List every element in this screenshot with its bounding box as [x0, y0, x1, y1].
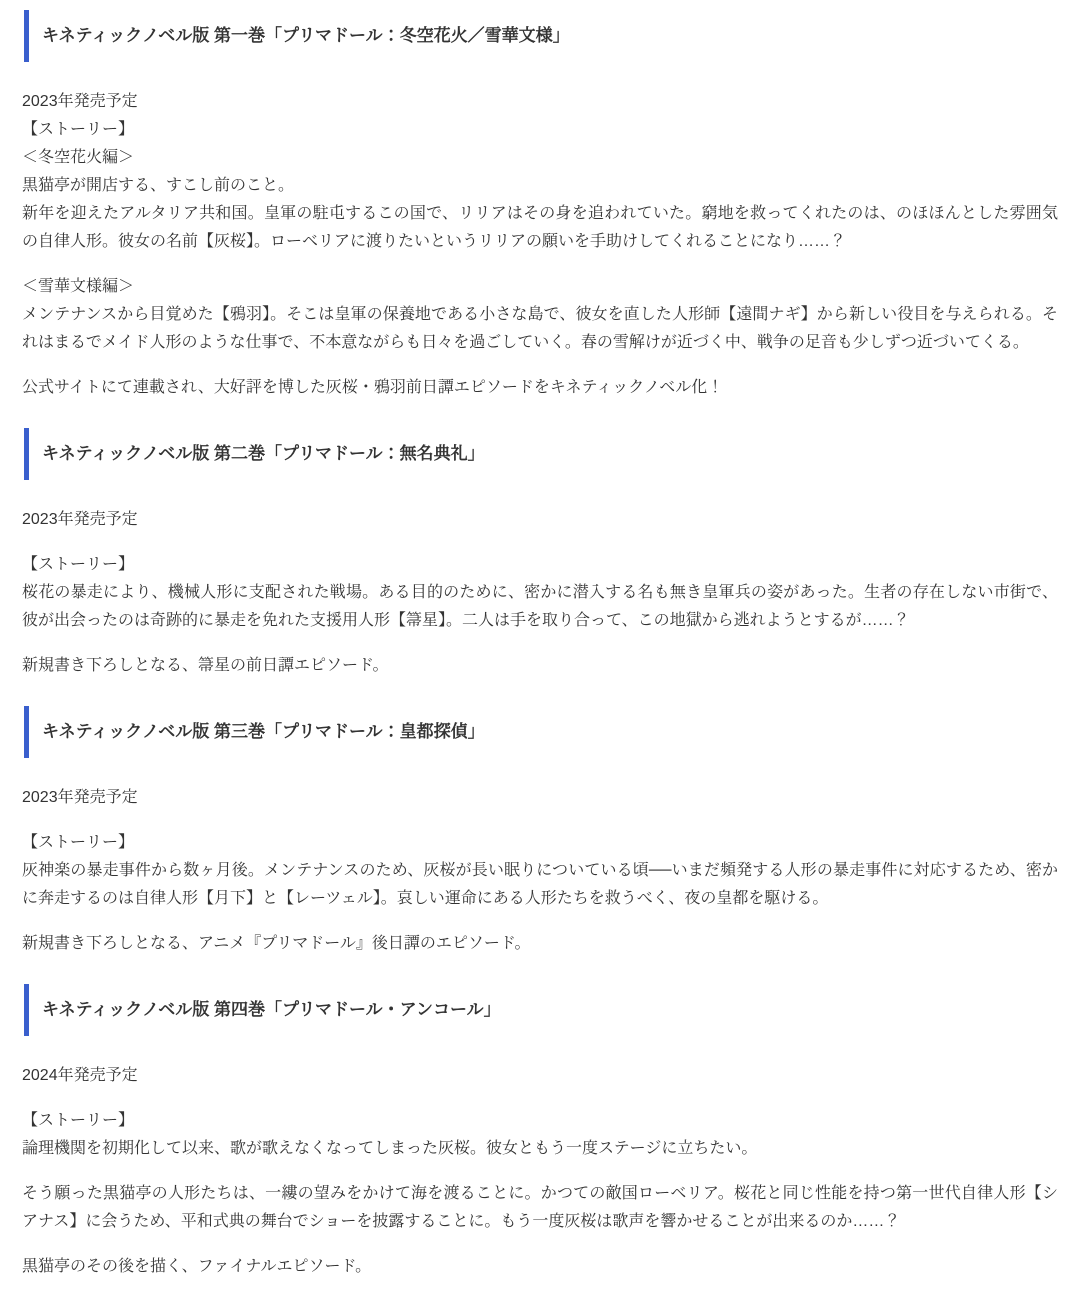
paragraph: 【ストーリー】灰神楽の暴走事件から数ヶ月後。メンテナンスのため、灰桜が長い眠りに… [22, 829, 1058, 913]
paragraph: 【ストーリー】桜花の暴走により、機械人形に支配された戦場。ある目的のために、密か… [22, 551, 1058, 635]
paragraph-line: 公式サイトにて連載され、大好評を博した灰桜・鴉羽前日譚エピソードをキネティックノ… [22, 374, 1058, 402]
paragraph: 2023年発売予定 [22, 784, 1058, 812]
paragraph: 2023年発売予定【ストーリー】＜冬空花火編＞黒猫亭が開店する、すこし前のこと。… [22, 88, 1058, 256]
paragraph: 2023年発売予定 [22, 506, 1058, 534]
paragraph-line: 【ストーリー】 [22, 551, 1058, 579]
paragraph: そう願った黒猫亭の人形たちは、一縷の望みをかけて海を渡ることに。かつての敵国ロー… [22, 1180, 1058, 1236]
paragraph-line: 2024年発売予定 [22, 1062, 1058, 1090]
section-body: 2023年発売予定【ストーリー】桜花の暴走により、機械人形に支配された戦場。ある… [22, 506, 1058, 680]
section-heading: キネティックノベル版 第三巻「プリマドール：皇都探偵」 [24, 706, 1058, 758]
novel-volume-section: キネティックノベル版 第二巻「プリマドール：無名典礼」 2023年発売予定【スト… [22, 428, 1058, 680]
paragraph-line: 2023年発売予定 [22, 88, 1058, 116]
paragraph-line: 2023年発売予定 [22, 506, 1058, 534]
paragraph-line: 新年を迎えたアルタリア共和国。皇軍の駐屯するこの国で、リリアはその身を追われてい… [22, 200, 1058, 256]
paragraph: 【ストーリー】論理機関を初期化して以来、歌が歌えなくなってしまった灰桜。彼女とも… [22, 1107, 1058, 1163]
paragraph: 黒猫亭のその後を描く、ファイナルエピソード。 [22, 1253, 1058, 1281]
paragraph-line: 新規書き下ろしとなる、アニメ『プリマドール』後日譚のエピソード。 [22, 930, 1058, 958]
section-heading: キネティックノベル版 第二巻「プリマドール：無名典礼」 [24, 428, 1058, 480]
paragraph-line: 新規書き下ろしとなる、箒星の前日譚エピソード。 [22, 652, 1058, 680]
paragraph: 公式サイトにて連載され、大好評を博した灰桜・鴉羽前日譚エピソードをキネティックノ… [22, 374, 1058, 402]
section-body: 2023年発売予定【ストーリー】＜冬空花火編＞黒猫亭が開店する、すこし前のこと。… [22, 88, 1058, 402]
paragraph-line: メンテナンスから目覚めた【鴉羽】。そこは皇軍の保養地である小さな島で、彼女を直し… [22, 301, 1058, 357]
novel-volume-section: キネティックノベル版 第四巻「プリマドール・アンコール」 2024年発売予定【ス… [22, 984, 1058, 1281]
article-content: キネティックノベル版 第一巻「プリマドール：冬空花火／雪華文様」 2023年発売… [0, 10, 1080, 1281]
paragraph-line: 黒猫亭のその後を描く、ファイナルエピソード。 [22, 1253, 1058, 1281]
paragraph: 2024年発売予定 [22, 1062, 1058, 1090]
novel-volume-section: キネティックノベル版 第三巻「プリマドール：皇都探偵」 2023年発売予定【スト… [22, 706, 1058, 958]
section-heading: キネティックノベル版 第一巻「プリマドール：冬空花火／雪華文様」 [24, 10, 1058, 62]
section-heading: キネティックノベル版 第四巻「プリマドール・アンコール」 [24, 984, 1058, 1036]
paragraph-line: ＜雪華文様編＞ [22, 273, 1058, 301]
paragraph-line: そう願った黒猫亭の人形たちは、一縷の望みをかけて海を渡ることに。かつての敵国ロー… [22, 1180, 1058, 1236]
page: { "colors": { "accent": "#3a5fcd", "text… [0, 10, 1080, 1313]
paragraph-line: 2023年発売予定 [22, 784, 1058, 812]
paragraph-line: 桜花の暴走により、機械人形に支配された戦場。ある目的のために、密かに潜入する名も… [22, 579, 1058, 635]
paragraph-line: 灰神楽の暴走事件から数ヶ月後。メンテナンスのため、灰桜が長い眠りについている頃─… [22, 857, 1058, 913]
paragraph-line: 黒猫亭が開店する、すこし前のこと。 [22, 172, 1058, 200]
paragraph-line: 【ストーリー】 [22, 116, 1058, 144]
section-body: 2024年発売予定【ストーリー】論理機関を初期化して以来、歌が歌えなくなってしま… [22, 1062, 1058, 1281]
paragraph-line: ＜冬空花火編＞ [22, 144, 1058, 172]
paragraph-line: 【ストーリー】 [22, 1107, 1058, 1135]
novel-volume-section: キネティックノベル版 第一巻「プリマドール：冬空花火／雪華文様」 2023年発売… [22, 10, 1058, 402]
section-body: 2023年発売予定【ストーリー】灰神楽の暴走事件から数ヶ月後。メンテナンスのため… [22, 784, 1058, 958]
paragraph: 新規書き下ろしとなる、アニメ『プリマドール』後日譚のエピソード。 [22, 930, 1058, 958]
paragraph-line: 論理機関を初期化して以来、歌が歌えなくなってしまった灰桜。彼女ともう一度ステージ… [22, 1135, 1058, 1163]
paragraph: ＜雪華文様編＞メンテナンスから目覚めた【鴉羽】。そこは皇軍の保養地である小さな島… [22, 273, 1058, 357]
paragraph: 新規書き下ろしとなる、箒星の前日譚エピソード。 [22, 652, 1058, 680]
paragraph-line: 【ストーリー】 [22, 829, 1058, 857]
